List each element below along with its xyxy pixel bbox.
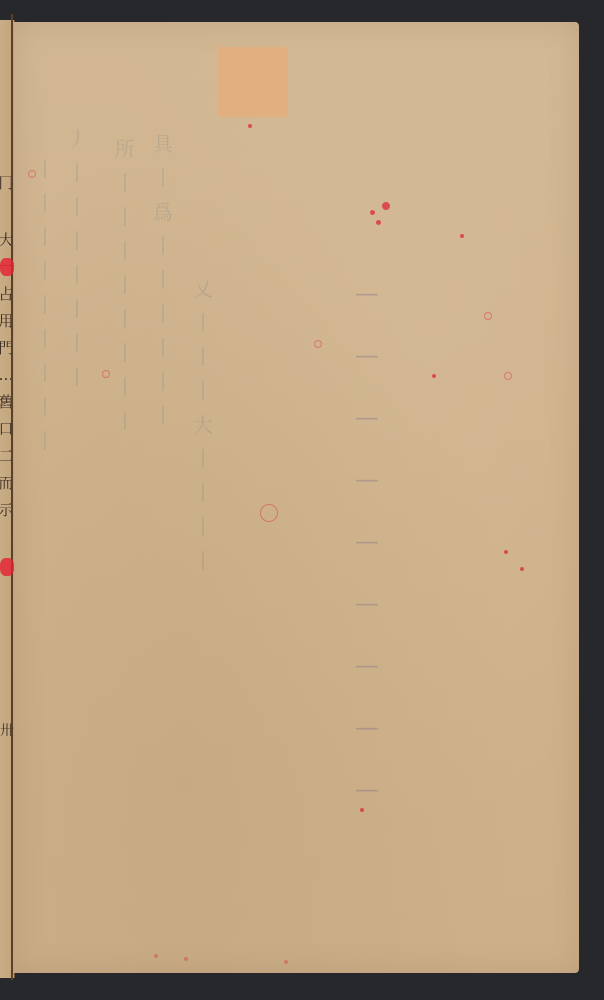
ghost-text-column: 具丨爲丨丨丨丨丨丨 [152, 127, 174, 433]
red-ink-spot [184, 957, 188, 961]
ghost-text-column: 乂丨丨丨大丨丨丨丨 [192, 272, 214, 578]
ghost-text-column: 丿丨丨丨丨丨丨丨 [66, 122, 88, 394]
book-page: 丿丨丨丨丨丨丨丨 所丨丨丨丨丨丨丨丨 具丨爲丨丨丨丨丨丨 乂丨丨丨大丨丨丨丨 丨… [14, 22, 579, 973]
red-seal-mark [0, 558, 14, 576]
red-ink-spot [248, 124, 252, 128]
red-ink-spot [432, 374, 436, 378]
red-ink-ring [260, 504, 278, 522]
red-ink-spot [504, 550, 508, 554]
spine-fold-line [11, 14, 13, 980]
red-ink-spot [520, 567, 524, 571]
red-seal-mark [0, 258, 14, 276]
red-ink-spot [382, 202, 390, 210]
red-ink-ring [314, 340, 322, 348]
ghost-text-column: 所丨丨丨丨丨丨丨丨 [114, 132, 136, 438]
red-ink-ring [102, 370, 110, 378]
red-ink-spot [284, 960, 288, 964]
red-ink-spot [460, 234, 464, 238]
red-ink-ring [504, 372, 512, 380]
faint-center-column: ————————— [354, 262, 380, 862]
red-ink-spot [376, 220, 381, 225]
ghost-text-column: 丨丨丨丨丨丨丨丨丨 [34, 152, 56, 458]
red-ink-spot [360, 808, 364, 812]
seal-stain [218, 47, 288, 117]
red-ink-ring [28, 170, 36, 178]
red-ink-spot [370, 210, 375, 215]
red-ink-spot [154, 954, 158, 958]
red-ink-ring [484, 312, 492, 320]
